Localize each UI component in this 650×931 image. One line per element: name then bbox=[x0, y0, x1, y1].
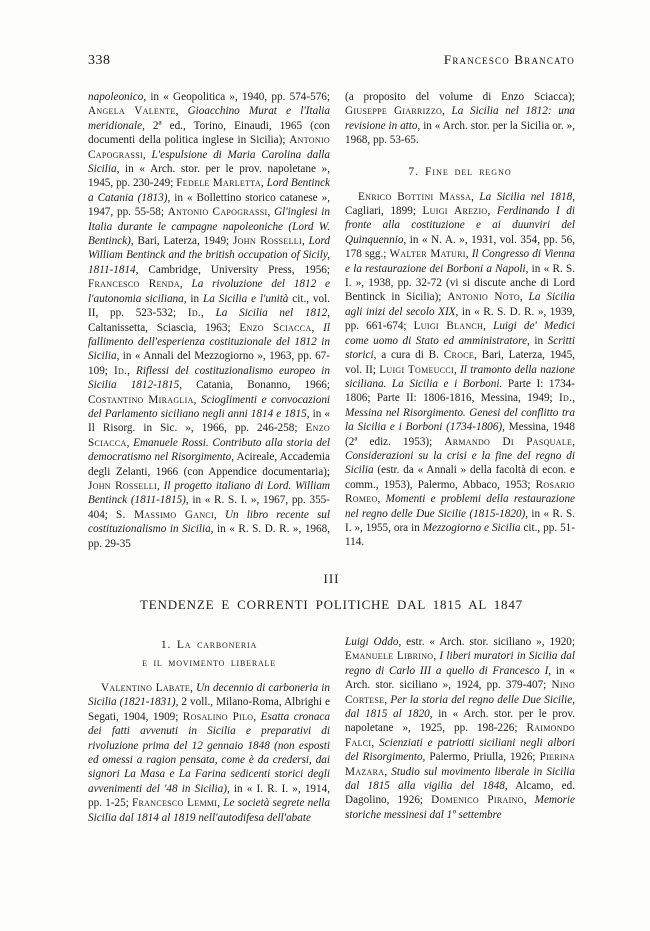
bibliography-paragraph: (a proposito del volume di Enzo Sciacca)… bbox=[345, 90, 575, 148]
subsection-title-line1: 1. La carboneria bbox=[88, 637, 330, 653]
subsection-heading-fine-del-regno: 7. Fine del regno bbox=[345, 165, 575, 178]
top-left-column: napoleonico, in « Geopolitica », 1940, p… bbox=[88, 90, 330, 551]
chapter-title: TENDENZE E CORRENTI POLITICHE DAL 1815 A… bbox=[88, 597, 575, 613]
bibliography-paragraph: Valentino Labate, Un decennio di carbone… bbox=[88, 681, 330, 825]
subsection-title-line2: e il movimento liberale bbox=[88, 655, 330, 671]
bottom-section: 1. La carboneria e il movimento liberale… bbox=[88, 635, 575, 825]
bibliography-paragraph-continuation: napoleonico, in « Geopolitica », 1940, p… bbox=[88, 90, 330, 551]
chapter-heading: III TENDENZE E CORRENTI POLITICHE DAL 18… bbox=[88, 571, 575, 613]
running-title: Francesco Brancato bbox=[444, 52, 575, 68]
book-page: 338 Francesco Brancato napoleonico, in «… bbox=[0, 0, 650, 931]
top-right-column: (a proposito del volume di Enzo Sciacca)… bbox=[345, 90, 575, 551]
page-number: 338 bbox=[88, 53, 111, 69]
bottom-left-column: 1. La carboneria e il movimento liberale… bbox=[88, 635, 330, 825]
bibliography-paragraph: Enrico Bottini Massa, La Sicilia nel 181… bbox=[345, 190, 575, 550]
top-section: napoleonico, in « Geopolitica », 1940, p… bbox=[88, 90, 575, 551]
chapter-number: III bbox=[88, 571, 575, 587]
subsection-heading-carboneria: 1. La carboneria e il movimento liberale bbox=[88, 637, 330, 670]
bibliography-paragraph-continuation: Luigi Oddo, estr. « Arch. stor. sicilian… bbox=[345, 635, 575, 822]
page-header: 338 Francesco Brancato bbox=[88, 52, 575, 69]
bottom-right-column: Luigi Oddo, estr. « Arch. stor. sicilian… bbox=[345, 635, 575, 825]
